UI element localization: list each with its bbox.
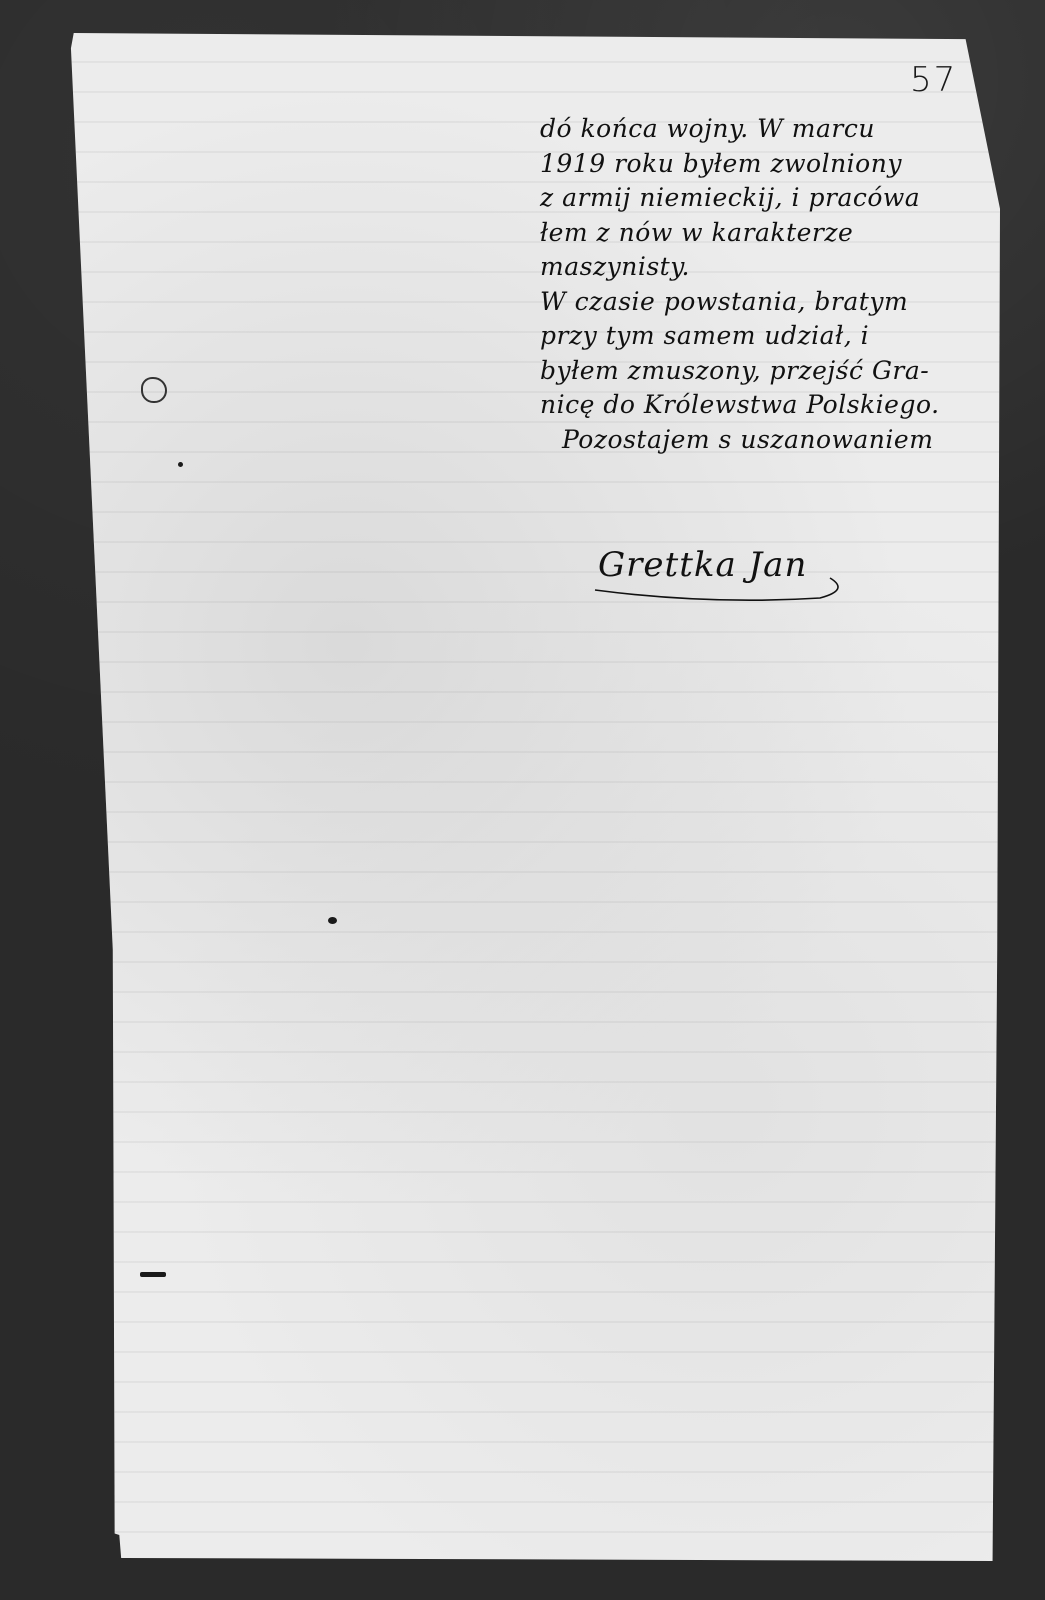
letter-line: 1919 roku byłem zwolniony — [540, 147, 1000, 182]
letter-closing: Pozostajem s uszanowaniem — [540, 423, 1000, 458]
ink-circle-mark — [141, 377, 167, 403]
letter-line: maszynisty. — [540, 250, 1000, 285]
page-number: 57 — [910, 60, 957, 100]
signature-flourish — [590, 560, 850, 610]
ink-blot — [178, 462, 183, 467]
ink-blot — [328, 917, 337, 924]
letter-line: nicę do Królewstwa Polskiego. — [540, 388, 1000, 423]
letter-line: łem z nów w karakterze — [540, 216, 1000, 251]
letter-line: dó końca wojny. W marcu — [540, 112, 1000, 147]
ink-blot — [140, 1272, 166, 1277]
letter-line: z armij niemieckij, i pracówa — [540, 181, 1000, 216]
letter-line: przy tym samem udział, i — [540, 319, 1000, 354]
letter-line: W czasie powstania, bratym — [540, 285, 1000, 320]
letter-line: byłem zmuszony, przejść Gra- — [540, 354, 1000, 389]
letter-body: dó końca wojny. W marcu 1919 roku byłem … — [540, 112, 1000, 457]
